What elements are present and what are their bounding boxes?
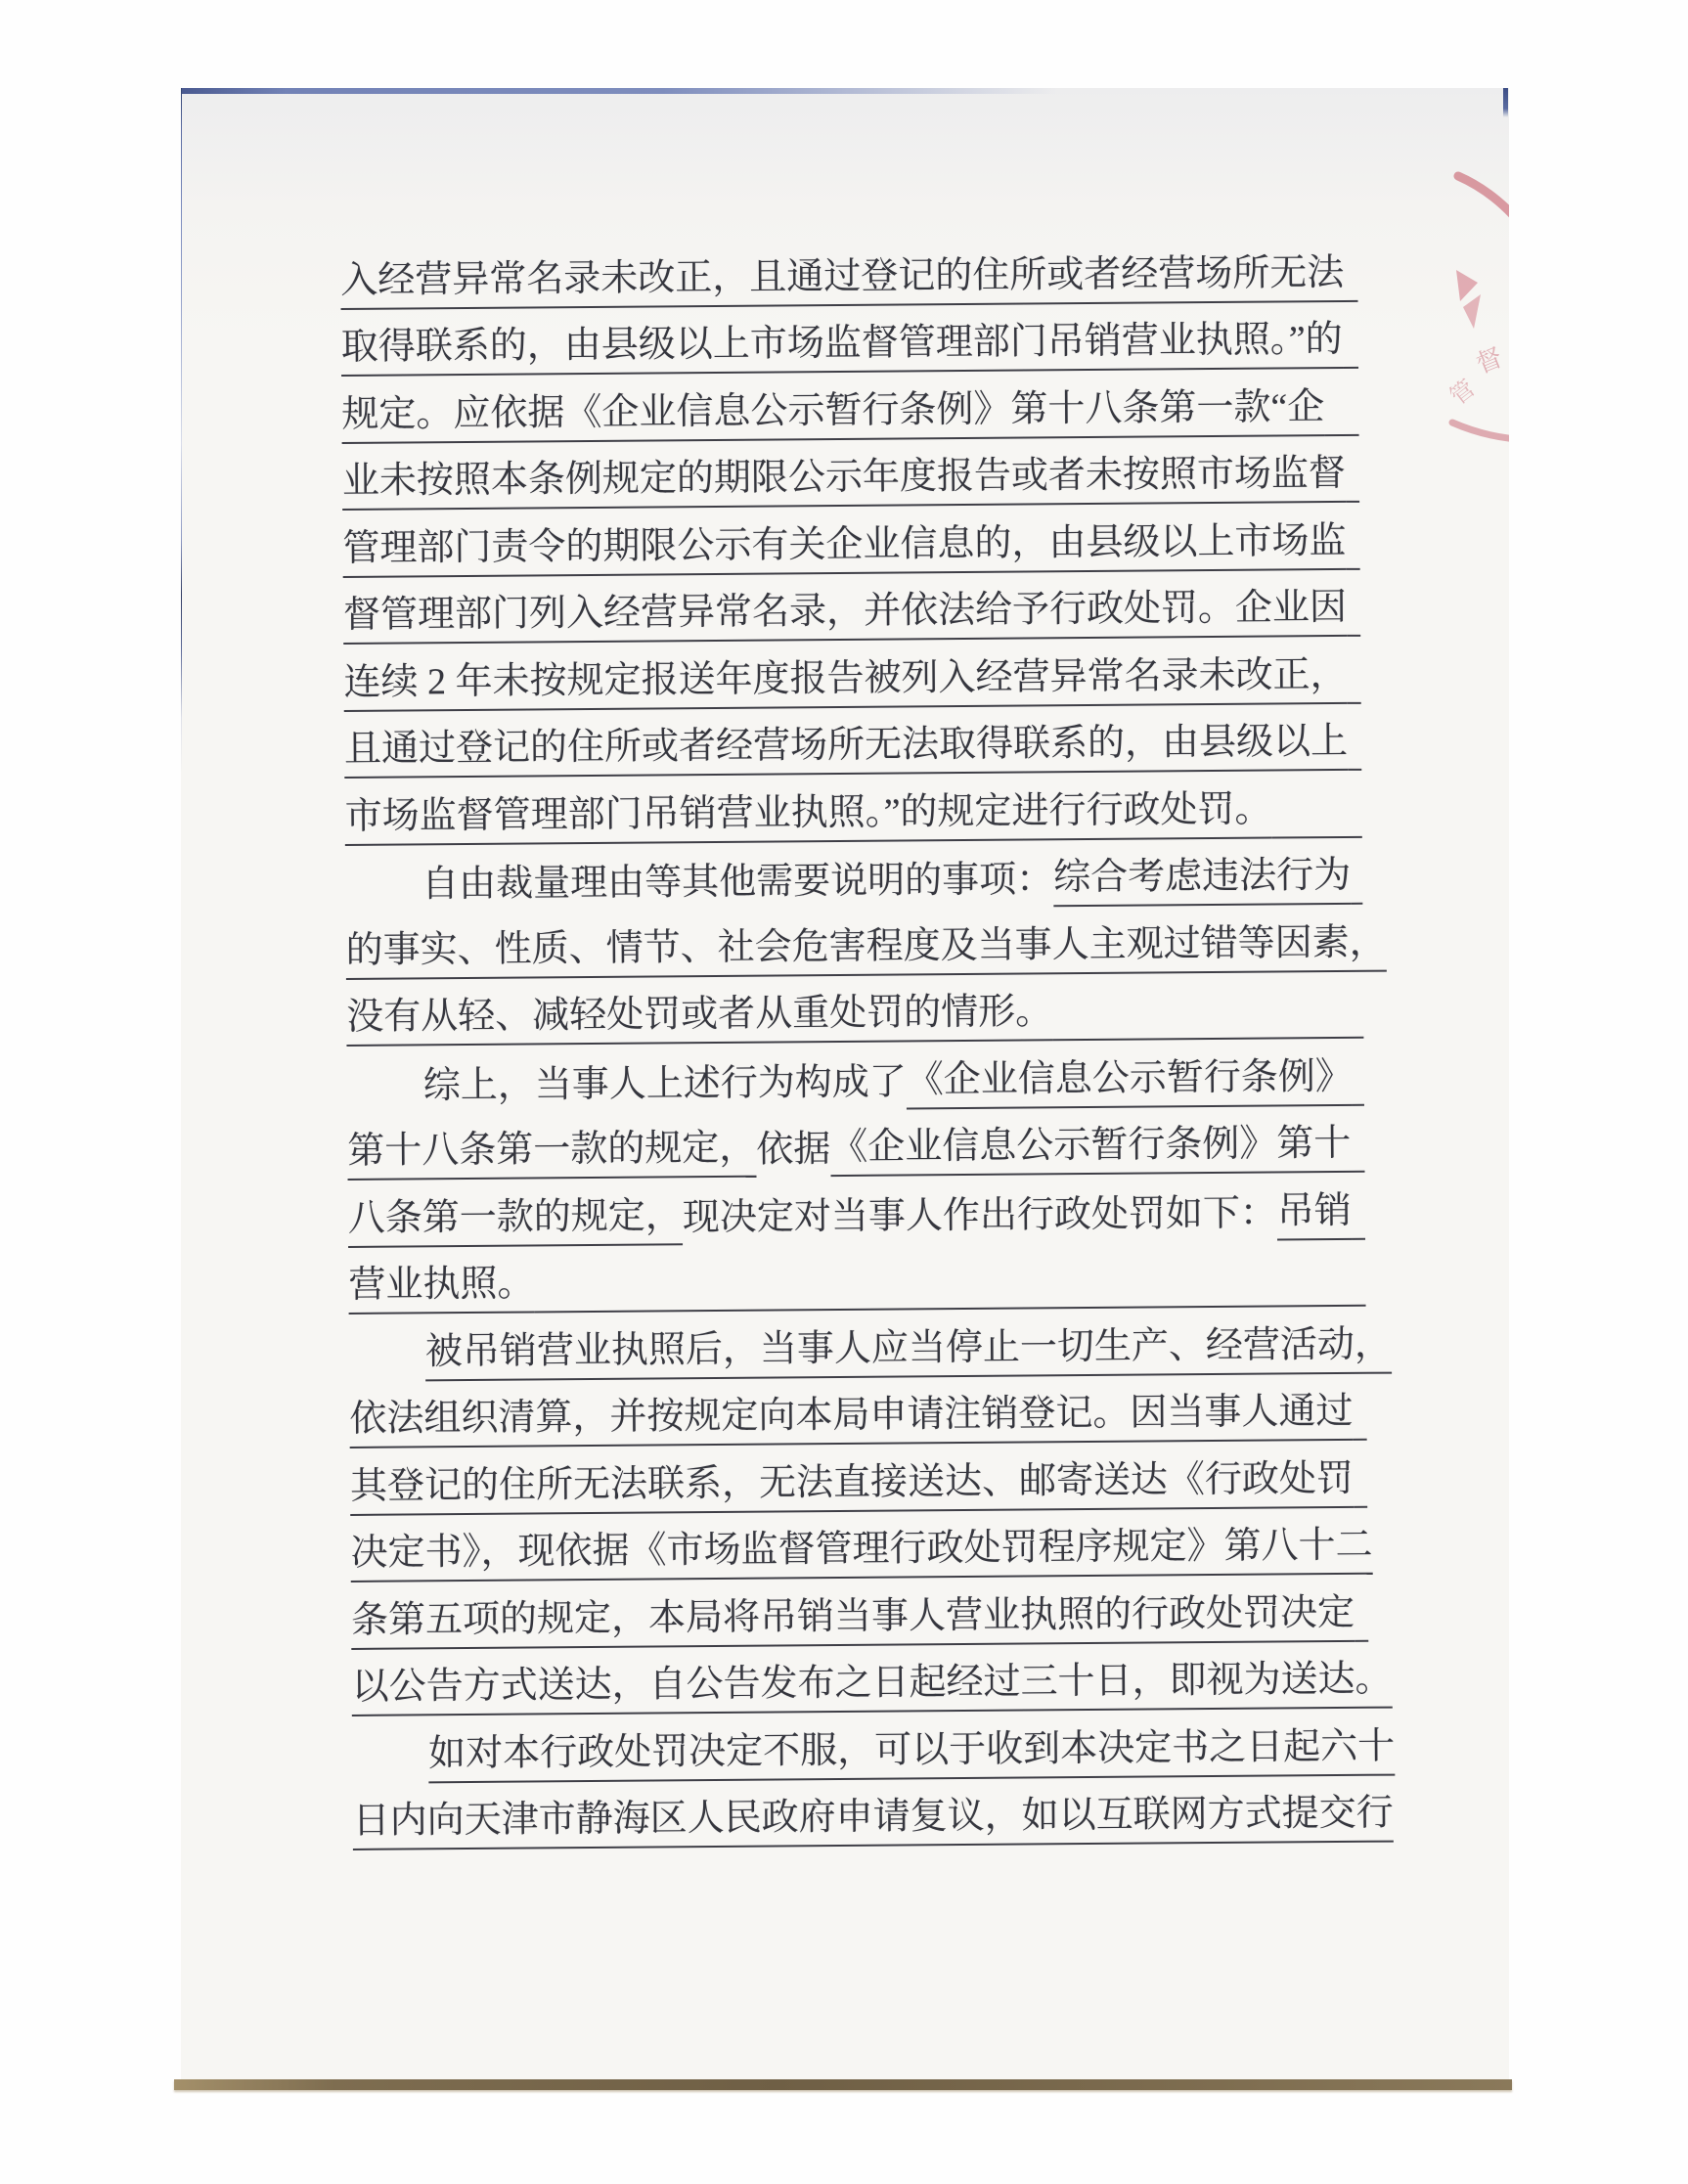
- text-line: 业未按照本条例规定的期限公示年度报告或者未按照市场监督: [342, 435, 1360, 511]
- filled-underlined-text: 的事实、性质、情节、社会危害程度及当事人主观过错等因素，: [346, 923, 1387, 979]
- template-text: 现决定对当事人作出行政处罚如下：: [683, 1194, 1277, 1245]
- text-line: 日内向天津市静海区人民政府申请复议，如以互联网方式提交行: [352, 1775, 1370, 1850]
- underline-filler: [1052, 1027, 1363, 1041]
- text-line: 市场监督管理部门吊销营业执照。”的规定进行行政处罚。: [344, 771, 1362, 846]
- seal-rim-bottom-arc: [1452, 423, 1509, 439]
- underline-filler: [1346, 491, 1359, 503]
- text-line: 八条第一款的规定，现决定对当事人作出行政处罚如下：吊销: [348, 1173, 1366, 1248]
- underline-filler: [1324, 423, 1358, 435]
- text-line: 被吊销营业执照后，当事人应当停止一切生产、经营活动，: [349, 1307, 1367, 1382]
- text-line: 督管理部门列入经营异常名录，并依法给予行政处罚。企业因: [343, 569, 1361, 645]
- text-line: 营业执照。: [348, 1239, 1366, 1315]
- scanned-document-canvas: 督 管 入经营异常名录未改正，且通过登记的住所或者经营场所无法取得联系的，由县级…: [0, 0, 1688, 2184]
- underline-filler: [1354, 1429, 1367, 1441]
- template-text: 依据: [756, 1131, 830, 1178]
- text-line: 决定书》，现依据《市场监督管理行政处罚程序规定》第八十二: [350, 1507, 1368, 1582]
- underline-filler: [1344, 290, 1357, 301]
- text-block: 入经营异常名录未改正，且通过登记的住所或者经营场所无法取得联系的，由县级以上市场…: [340, 235, 1370, 1850]
- text-line: 管理部门责令的期限公示有关企业信息的，由县级以上市场监: [342, 503, 1360, 578]
- text-line: 且通过登记的住所或者经营场所无法取得联系的，由县级以上: [344, 703, 1362, 779]
- text-line: 依法组织清算，并按规定向本局申请注销登记。因当事人通过: [349, 1373, 1367, 1449]
- seal-ring-character: 督: [1472, 343, 1506, 379]
- text-line: 条第五项的规定，本局将吊销当事人营业执照的行政处罚决定: [351, 1575, 1369, 1650]
- page-corner-mark: [1503, 88, 1508, 117]
- template-text: 自由裁量理由等其他需要说明的事项：: [422, 861, 1053, 912]
- filled-underlined-text: 其登记的住所无法联系，无法直接送达、邮寄送达《行政处罚: [350, 1459, 1354, 1515]
- filled-underlined-text: 市场监督管理部门吊销营业执照。”的规定进行行政处罚。: [344, 790, 1271, 845]
- filled-underlined-text: 《企业信息公示暂行条例》: [907, 1057, 1353, 1109]
- filled-underlined-text: 督管理部门列入经营异常名录，并依法给予行政处罚。企业因: [343, 589, 1347, 645]
- filled-underlined-text: 取得联系的，由县级以上市场监督管理部门吊销营业执照。”的: [341, 321, 1343, 377]
- filled-underlined-text: 综合考虑违法行为: [1053, 857, 1351, 907]
- filled-underlined-text: 决定书》，现依据《市场监督管理行政处罚程序规定》第八十二: [350, 1527, 1372, 1582]
- underline-filler: [1351, 1161, 1364, 1173]
- underline-filler: [1354, 1495, 1367, 1507]
- text-line: 连续 2 年未按规定报送年度报告被列入经营异常名录未改正，: [343, 637, 1361, 712]
- underline-filler: [1355, 1629, 1368, 1641]
- filled-underlined-text: 吊销: [1277, 1191, 1352, 1240]
- filled-underlined-text: 营业执照。: [348, 1265, 534, 1314]
- text-line: 如对本行政处罚决定不服，可以于收到本决定书之日起六十: [352, 1709, 1370, 1784]
- filled-underlined-text: 没有从轻、减轻处罚或者从重处罚的情形。: [346, 993, 1052, 1047]
- filled-underlined-text: 八条第一款的规定，: [348, 1197, 683, 1248]
- underline-filler: [1348, 759, 1361, 771]
- text-line: 综上，当事人上述行为构成了《企业信息公示暂行条例》: [346, 1039, 1364, 1114]
- filled-underlined-text: 且通过登记的住所或者经营场所无法取得联系的，由县级以上: [344, 723, 1348, 779]
- filled-underlined-text: 第十八条第一款的规定，: [347, 1130, 756, 1181]
- text-line: 自由裁量理由等其他需要说明的事项：综合考虑违法行为: [345, 837, 1363, 913]
- filled-underlined-text: 入经营异常名录未改正，且通过登记的住所或者经营场所无法: [340, 253, 1344, 309]
- official-seal-stamp: 督 管: [1444, 164, 1509, 468]
- seal-star-fragment: [1463, 294, 1481, 329]
- underline-filler: [1348, 691, 1361, 703]
- underline-filler: [1351, 893, 1362, 905]
- seal-ring-character: 管: [1445, 376, 1481, 411]
- filled-underlined-text: 条第五项的规定，本局将吊销当事人营业执照的行政处罚决定: [351, 1593, 1355, 1649]
- underline-filler: [1353, 1093, 1364, 1105]
- filled-underlined-text: 被吊销营业执照后，当事人应当停止一切生产、经营活动，: [425, 1325, 1392, 1381]
- text-line: 规定。应依据《企业信息公示暂行条例》第十八条第一款“企: [341, 369, 1359, 444]
- text-line: 其登记的住所无法联系，无法直接送达、邮寄送达《行政处罚: [350, 1441, 1368, 1516]
- underline-filler: [1352, 1227, 1365, 1239]
- text-line: 的事实、性质、情节、社会危害程度及当事人主观过错等因素，: [345, 905, 1363, 980]
- underline-filler: [1343, 357, 1358, 369]
- underline-filler: [1347, 625, 1360, 637]
- filled-underlined-text: 规定。应依据《企业信息公示暂行条例》第十八条第一款“企: [341, 388, 1324, 444]
- seal-rim-top-arc: [1458, 176, 1509, 217]
- template-text: 综上，当事人上述行为构成了: [423, 1063, 907, 1113]
- filled-underlined-text: 依法组织清算，并按规定向本局申请注销登记。因当事人通过: [349, 1393, 1353, 1449]
- text-line: 取得联系的，由县级以上市场监督管理部门吊销营业执照。”的: [341, 301, 1359, 377]
- underline-filler: [1272, 825, 1362, 838]
- filled-underlined-text: 连续 2 年未按规定报送年度报告被列入经营异常名录未改正，: [343, 655, 1347, 711]
- page-left-edge-line: [181, 88, 182, 773]
- filled-underlined-text: 以公告方式送达，自公告发布之日起经过三十日，即视为送达。: [351, 1661, 1392, 1716]
- filled-underlined-text: 日内向天津市静海区人民政府申请复议，如以互联网方式提交行: [353, 1795, 1394, 1850]
- underline-filler: [1347, 557, 1360, 569]
- document-page: 督 管 入经营异常名录未改正，且通过登记的住所或者经营场所无法取得联系的，由县级…: [181, 88, 1509, 2081]
- page-top-edge-line: [181, 88, 1057, 94]
- text-line: 入经营异常名录未改正，且通过登记的住所或者经营场所无法: [340, 235, 1358, 310]
- text-line: 没有从轻、减轻处罚或者从重处罚的情形。: [346, 971, 1364, 1047]
- text-line: 以公告方式送达，自公告发布之日起经过三十日，即视为送达。: [351, 1641, 1369, 1716]
- seal-star-fragment: [1456, 270, 1478, 301]
- filled-underlined-text: 管理部门责令的期限公示有关企业信息的，由县级以上市场监: [342, 521, 1346, 577]
- filled-underlined-text: 《企业信息公示暂行条例》第十: [830, 1125, 1351, 1177]
- page-bottom-edge-shadow: [174, 2079, 1512, 2090]
- text-line: 第十八条第一款的规定，依据《企业信息公示暂行条例》第十: [347, 1105, 1365, 1181]
- filled-underlined-text: 如对本行政处罚决定不服，可以于收到本决定书之日起六十: [428, 1727, 1395, 1783]
- filled-underlined-text: 业未按照本条例规定的期限公示年度报告或者未按照市场监督: [342, 455, 1346, 511]
